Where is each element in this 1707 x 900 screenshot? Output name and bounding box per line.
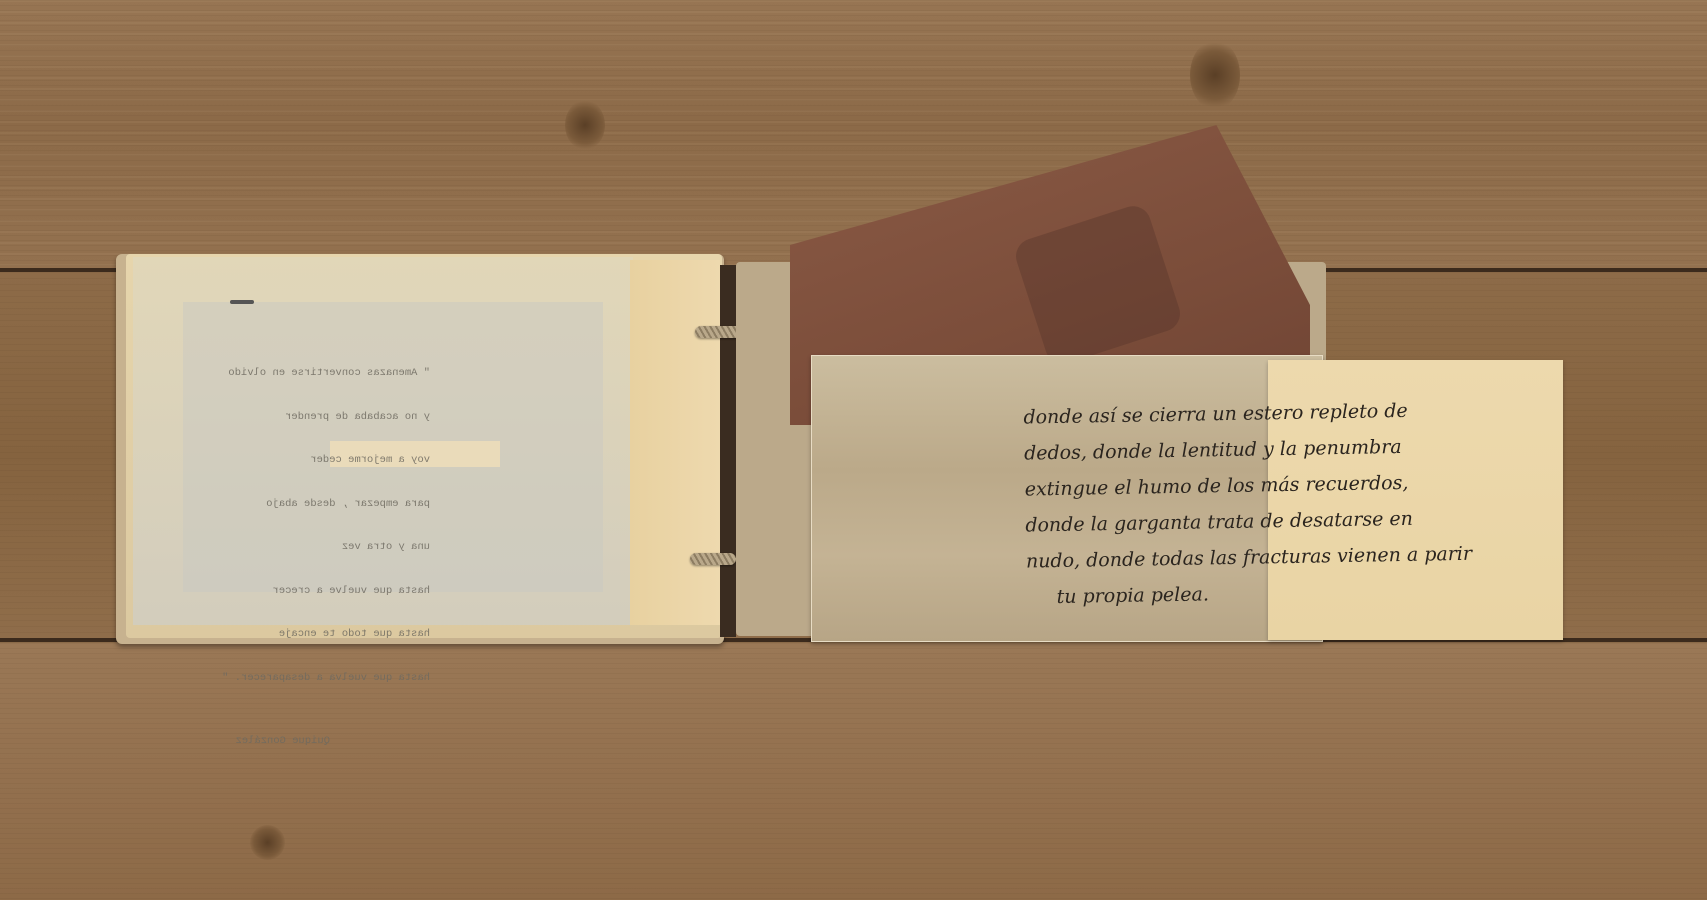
- mirrored-typed-poem: " Amenazas convertirse en olvido y no ac…: [190, 337, 430, 778]
- wood-knot: [250, 825, 285, 860]
- twine-binding-bottom: [690, 553, 736, 565]
- book-spine-gap: [720, 265, 736, 637]
- poem-line: hasta que vuelve a crecer: [190, 584, 430, 599]
- twine-binding-top: [695, 326, 741, 338]
- wood-knot: [1190, 40, 1240, 110]
- poem-line: y no acababa de prender: [190, 410, 430, 425]
- wood-knot: [565, 100, 605, 150]
- poem-line: hasta que todo te encaje: [190, 627, 430, 642]
- handwritten-text: donde así se cierra un estero repleto de…: [1023, 390, 1547, 615]
- poem-line: para empezar , desde abajo: [190, 497, 430, 512]
- type-mark: [230, 300, 254, 304]
- poem-line: voy a mejorme ceder: [190, 453, 430, 468]
- photo-scene: " Amenazas convertirse en olvido y no ac…: [0, 0, 1707, 900]
- poem-line: una y otra vez: [190, 540, 430, 555]
- poem-line: " Amenazas convertirse en olvido: [190, 366, 430, 381]
- poem-line: hasta que vuelva a desaparecer. ": [190, 671, 430, 686]
- endpaper-strip: [630, 260, 720, 625]
- poem-signature: Quique González: [190, 734, 430, 749]
